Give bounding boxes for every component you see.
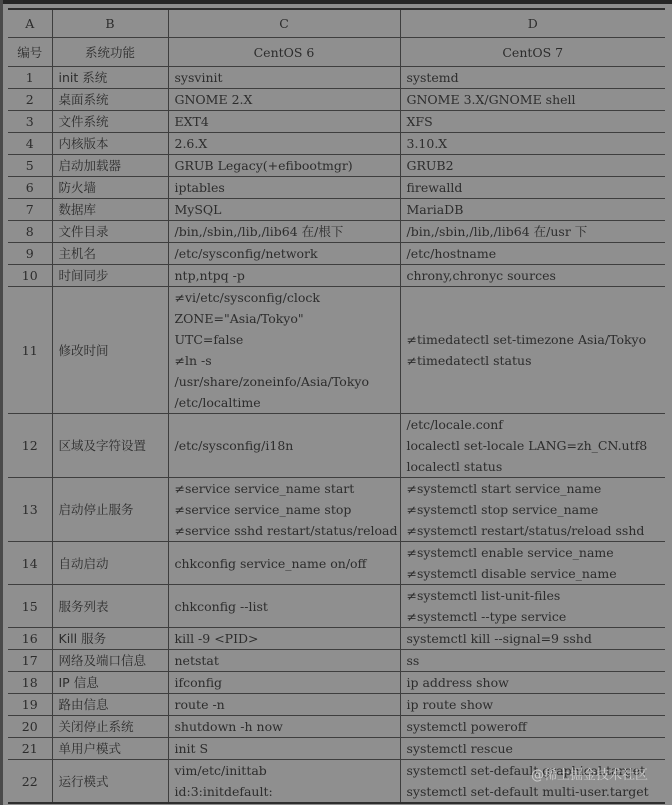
row-feature: IP 信息 [52, 672, 168, 694]
row-feature: 服务列表 [52, 585, 168, 628]
row-centos6-cell: ifconfig [168, 672, 400, 694]
table-row: 16Kill 服务kill -9 <PID>systemctl kill --s… [8, 628, 665, 650]
row-feature: 单用户模式 [52, 738, 168, 760]
row-centos6-cell: chkconfig service_name on/off [168, 542, 400, 585]
centos7-line: chrony,chronyc sources [407, 265, 660, 286]
row-feature: Kill 服务 [52, 628, 168, 650]
centos7-line: /etc/locale.conf [407, 414, 660, 435]
row-feature: 桌面系统 [52, 89, 168, 111]
centos7-line: ≠timedatectl set-timezone Asia/Tokyo [407, 329, 660, 350]
row-centos7-cell: ss [400, 650, 665, 672]
row-centos7-cell: ≠systemctl start service_name≠systemctl … [400, 478, 665, 542]
table-row: 11修改时间≠vi/etc/sysconfig/clockZONE="Asia/… [8, 287, 665, 414]
centos6-line: init S [175, 738, 394, 759]
row-number: 16 [8, 628, 52, 650]
centos6-line: ≠service sshd restart/status/reload [175, 520, 394, 541]
row-centos7-cell: ≠systemctl enable service_name≠systemctl… [400, 542, 665, 585]
row-centos6-cell: sysvinit [168, 67, 400, 89]
column-letter-a: A [8, 9, 52, 38]
centos6-line: kill -9 <PID> [175, 628, 394, 649]
centos7-line: ip address show [407, 672, 660, 693]
centos7-line: ≠systemctl disable service_name [407, 563, 660, 584]
row-centos6-cell: /etc/sysconfig/network [168, 243, 400, 265]
table-row: 15服务列表chkconfig --list≠systemctl list-un… [8, 585, 665, 628]
row-number: 3 [8, 111, 52, 133]
table-row: 1init 系统sysvinitsystemd [8, 67, 665, 89]
row-feature: 路由信息 [52, 694, 168, 716]
row-feature: 文件系统 [52, 111, 168, 133]
row-number: 12 [8, 414, 52, 478]
centos6-line: vim/etc/inittab [175, 760, 394, 781]
centos6-line: ntp,ntpq -p [175, 265, 394, 286]
row-feature: 文件目录 [52, 221, 168, 243]
row-feature: 主机名 [52, 243, 168, 265]
row-feature: init 系统 [52, 67, 168, 89]
row-centos7-cell: firewalld [400, 177, 665, 199]
centos6-line: GRUB Legacy(+efibootmgr) [175, 155, 394, 176]
row-feature: 时间同步 [52, 265, 168, 287]
row-centos7-cell: /etc/locale.conflocalectl set-locale LAN… [400, 414, 665, 478]
centos7-line: systemctl rescue [407, 738, 660, 759]
row-number: 4 [8, 133, 52, 155]
row-number: 14 [8, 542, 52, 585]
table-row: 19路由信息route -nip route show [8, 694, 665, 716]
row-number: 1 [8, 67, 52, 89]
table-row: 3文件系统EXT4XFS [8, 111, 665, 133]
row-feature: 区域及字符设置 [52, 414, 168, 478]
centos6-line: shutdown -h now [175, 716, 394, 737]
row-centos7-cell: /bin,/sbin,/lib,/lib64 在/usr 下 [400, 221, 665, 243]
row-number: 10 [8, 265, 52, 287]
column-letter-row: A B C D [8, 9, 665, 38]
centos6-line: ≠service service_name stop [175, 499, 394, 520]
table-row: 18IP 信息ifconfigip address show [8, 672, 665, 694]
top-border [0, 0, 672, 4]
row-number: 19 [8, 694, 52, 716]
centos7-line: systemd [407, 67, 660, 88]
header-centos7: CentOS 7 [400, 38, 665, 67]
centos7-line: ≠systemctl enable service_name [407, 542, 660, 563]
centos6-line: ≠ln -s [175, 350, 394, 371]
row-centos7-cell: systemctl rescue [400, 738, 665, 760]
row-feature: 数据库 [52, 199, 168, 221]
centos7-line: ip route show [407, 694, 660, 715]
row-number: 11 [8, 287, 52, 414]
row-feature: 自动启动 [52, 542, 168, 585]
row-number: 5 [8, 155, 52, 177]
centos6-line: chkconfig --list [175, 596, 394, 617]
centos7-line: ≠systemctl start service_name [407, 478, 660, 499]
row-centos6-cell: init S [168, 738, 400, 760]
centos6-line: ifconfig [175, 672, 394, 693]
table-row: 10时间同步ntp,ntpq -pchrony,chronyc sources [8, 265, 665, 287]
row-number: 21 [8, 738, 52, 760]
centos6-line: id:3:initdefault: [175, 781, 394, 802]
header-centos6: CentOS 6 [168, 38, 400, 67]
centos7-line: GRUB2 [407, 155, 660, 176]
row-centos7-cell: GNOME 3.X/GNOME shell [400, 89, 665, 111]
centos-comparison-table: A B C D 编号 系统功能 CentOS 6 CentOS 7 1init … [8, 8, 665, 804]
row-number: 6 [8, 177, 52, 199]
centos7-line: ≠timedatectl status [407, 350, 660, 371]
column-letter-c: C [168, 9, 400, 38]
centos6-line: ≠vi/etc/sysconfig/clock [175, 287, 394, 308]
centos7-line: systemctl kill --signal=9 sshd [407, 628, 660, 649]
centos6-line: route -n [175, 694, 394, 715]
centos7-line: ≠systemctl stop service_name [407, 499, 660, 520]
row-centos7-cell: XFS [400, 111, 665, 133]
row-centos7-cell: ≠timedatectl set-timezone Asia/Tokyo≠tim… [400, 287, 665, 414]
row-number: 22 [8, 760, 52, 804]
table-row: 2桌面系统GNOME 2.XGNOME 3.X/GNOME shell [8, 89, 665, 111]
centos7-line: ≠systemctl restart/status/reload sshd [407, 520, 660, 541]
row-centos6-cell: netstat [168, 650, 400, 672]
centos6-line: /etc/sysconfig/network [175, 243, 394, 264]
row-centos6-cell: 2.6.X [168, 133, 400, 155]
row-centos6-cell: route -n [168, 694, 400, 716]
centos7-line: ≠systemctl --type service [407, 606, 660, 627]
centos7-line: systemctl poweroff [407, 716, 660, 737]
row-centos6-cell: ntp,ntpq -p [168, 265, 400, 287]
row-number: 7 [8, 199, 52, 221]
centos6-line: UTC=false [175, 329, 394, 350]
row-number: 13 [8, 478, 52, 542]
centos7-line: GNOME 3.X/GNOME shell [407, 89, 660, 110]
row-feature: 启动停止服务 [52, 478, 168, 542]
centos6-line: MySQL [175, 199, 394, 220]
row-number: 9 [8, 243, 52, 265]
row-centos6-cell: /etc/sysconfig/i18n [168, 414, 400, 478]
table-row: 17网络及端口信息netstatss [8, 650, 665, 672]
table-row: 7数据库MySQLMariaDB [8, 199, 665, 221]
centos7-line: MariaDB [407, 199, 660, 220]
centos6-line: ≠service service_name start [175, 478, 394, 499]
document-page: A B C D 编号 系统功能 CentOS 6 CentOS 7 1init … [0, 0, 672, 805]
row-centos6-cell: EXT4 [168, 111, 400, 133]
header-row: 编号 系统功能 CentOS 6 CentOS 7 [8, 38, 665, 67]
row-centos7-cell: systemctl kill --signal=9 sshd [400, 628, 665, 650]
row-centos7-cell: systemctl poweroff [400, 716, 665, 738]
table-row: 8文件目录/bin,/sbin,/lib,/lib64 在/根下/bin,/sb… [8, 221, 665, 243]
centos6-line: sysvinit [175, 67, 394, 88]
row-centos6-cell: kill -9 <PID> [168, 628, 400, 650]
row-number: 18 [8, 672, 52, 694]
centos7-line: XFS [407, 111, 660, 132]
table-row: 9主机名/etc/sysconfig/network/etc/hostname [8, 243, 665, 265]
table-row: 13启动停止服务≠service service_name start≠serv… [8, 478, 665, 542]
centos6-line: /bin,/sbin,/lib,/lib64 在/根下 [175, 221, 394, 242]
left-border [0, 0, 3, 805]
header-feature: 系统功能 [52, 38, 168, 67]
row-feature: 内核版本 [52, 133, 168, 155]
row-centos6-cell: shutdown -h now [168, 716, 400, 738]
row-number: 8 [8, 221, 52, 243]
row-centos7-cell: ≠systemctl list-unit-files≠systemctl --t… [400, 585, 665, 628]
centos7-line: /bin,/sbin,/lib,/lib64 在/usr 下 [407, 221, 660, 242]
centos7-line: 3.10.X [407, 133, 660, 154]
row-feature: 防火墙 [52, 177, 168, 199]
centos6-line: /usr/share/zoneinfo/Asia/Tokyo [175, 371, 394, 392]
row-centos6-cell: chkconfig --list [168, 585, 400, 628]
centos7-line: localectl status [407, 456, 660, 477]
table-row: 6防火墙iptablesfirewalld [8, 177, 665, 199]
row-centos6-cell: GNOME 2.X [168, 89, 400, 111]
centos6-line: chkconfig service_name on/off [175, 553, 394, 574]
centos6-line: 2.6.X [175, 133, 394, 154]
row-feature: 关闭停止系统 [52, 716, 168, 738]
row-centos7-cell: ip route show [400, 694, 665, 716]
row-centos7-cell: 3.10.X [400, 133, 665, 155]
centos7-line: systemctl set-default multi-user.target [407, 781, 660, 802]
centos7-line: firewalld [407, 177, 660, 198]
centos6-line: ZONE="Asia/Tokyo" [175, 308, 394, 329]
row-centos7-cell: systemd [400, 67, 665, 89]
row-feature: 启动加载器 [52, 155, 168, 177]
table-row: 4内核版本2.6.X3.10.X [8, 133, 665, 155]
table-row: 12区域及字符设置/etc/sysconfig/i18n/etc/locale.… [8, 414, 665, 478]
row-feature: 运行模式 [52, 760, 168, 804]
row-feature: 网络及端口信息 [52, 650, 168, 672]
row-centos6-cell: /bin,/sbin,/lib,/lib64 在/根下 [168, 221, 400, 243]
row-number: 17 [8, 650, 52, 672]
centos7-line: ≠systemctl list-unit-files [407, 585, 660, 606]
row-feature: 修改时间 [52, 287, 168, 414]
row-centos7-cell: MariaDB [400, 199, 665, 221]
table-row: 5启动加载器GRUB Legacy(+efibootmgr)GRUB2 [8, 155, 665, 177]
table-row: 20关闭停止系统shutdown -h nowsystemctl powerof… [8, 716, 665, 738]
row-centos7-cell: ip address show [400, 672, 665, 694]
centos7-line: ss [407, 650, 660, 671]
row-centos7-cell: chrony,chronyc sources [400, 265, 665, 287]
header-no: 编号 [8, 38, 52, 67]
row-number: 2 [8, 89, 52, 111]
centos6-line: GNOME 2.X [175, 89, 394, 110]
column-letter-b: B [52, 9, 168, 38]
row-centos7-cell: /etc/hostname [400, 243, 665, 265]
row-number: 20 [8, 716, 52, 738]
column-letter-d: D [400, 9, 665, 38]
centos6-line: iptables [175, 177, 394, 198]
row-centos6-cell: GRUB Legacy(+efibootmgr) [168, 155, 400, 177]
row-centos7-cell: GRUB2 [400, 155, 665, 177]
row-centos6-cell: iptables [168, 177, 400, 199]
centos6-line: netstat [175, 650, 394, 671]
centos6-line: /etc/localtime [175, 392, 394, 413]
table-row: 14自动启动chkconfig service_name on/off≠syst… [8, 542, 665, 585]
centos6-line: EXT4 [175, 111, 394, 132]
centos7-line: localectl set-locale LANG=zh_CN.utf8 [407, 435, 660, 456]
row-centos6-cell: vim/etc/inittabid:3:initdefault: [168, 760, 400, 804]
watermark: @稀土掘金技术社区 [531, 764, 648, 783]
centos7-line: /etc/hostname [407, 243, 660, 264]
row-centos6-cell: ≠service service_name start≠service serv… [168, 478, 400, 542]
centos6-line: /etc/sysconfig/i18n [175, 435, 394, 456]
table-row: 21单用户模式init Ssystemctl rescue [8, 738, 665, 760]
row-centos6-cell: MySQL [168, 199, 400, 221]
row-number: 15 [8, 585, 52, 628]
row-centos6-cell: ≠vi/etc/sysconfig/clockZONE="Asia/Tokyo"… [168, 287, 400, 414]
